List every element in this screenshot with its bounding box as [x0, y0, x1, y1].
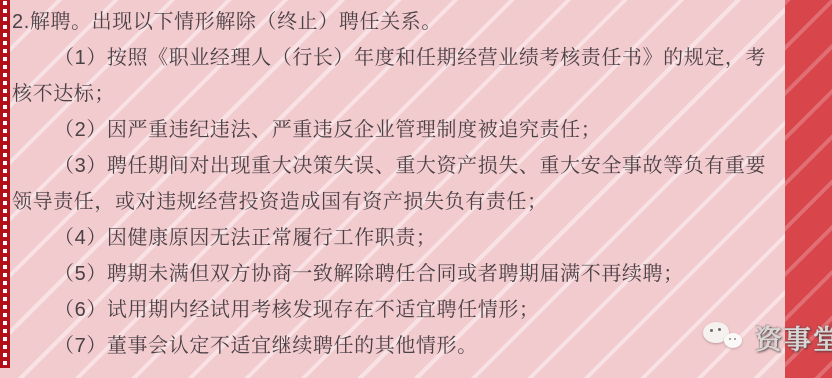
text-line: 领导责任，或对违规经营投资造成国有资产损失负有责任； — [12, 184, 784, 220]
wechat-icon — [701, 319, 747, 357]
text-line: （1）按照《职业经理人（行长）年度和任期经营业绩考核责任书》的规定，考 — [12, 40, 784, 76]
text-line: （3）聘任期间对出现重大决策失误、重大资产损失、重大安全事故等负有重要 — [12, 148, 784, 184]
watermark: 资事堂 — [701, 318, 832, 357]
text-line: （4）因健康原因无法正常履行工作职责； — [12, 220, 784, 256]
text-line: 核不达标； — [12, 76, 784, 112]
stitched-border — [0, 0, 10, 368]
wechat-bubble-small — [724, 333, 742, 348]
text-line: （7）董事会认定不适宜继续聘任的其他情形。 — [12, 328, 784, 364]
text-line: （5）聘期未满但双方协商一致解除聘任合同或者聘期届满不再续聘； — [12, 256, 784, 292]
watermark-label: 资事堂 — [755, 318, 832, 357]
article-image: 2.解聘。出现以下情形解除（终止）聘任关系。（1）按照《职业经理人（行长）年度和… — [0, 0, 832, 378]
text-line: （2）因严重违纪违法、严重违反企业管理制度被追究责任； — [12, 112, 784, 148]
document-text: 2.解聘。出现以下情形解除（终止）聘任关系。（1）按照《职业经理人（行长）年度和… — [12, 4, 784, 364]
text-line: 2.解聘。出现以下情形解除（终止）聘任关系。 — [12, 4, 784, 40]
text-line: （6）试用期内经试用考核发现存在不适宜聘任情形； — [12, 292, 784, 328]
